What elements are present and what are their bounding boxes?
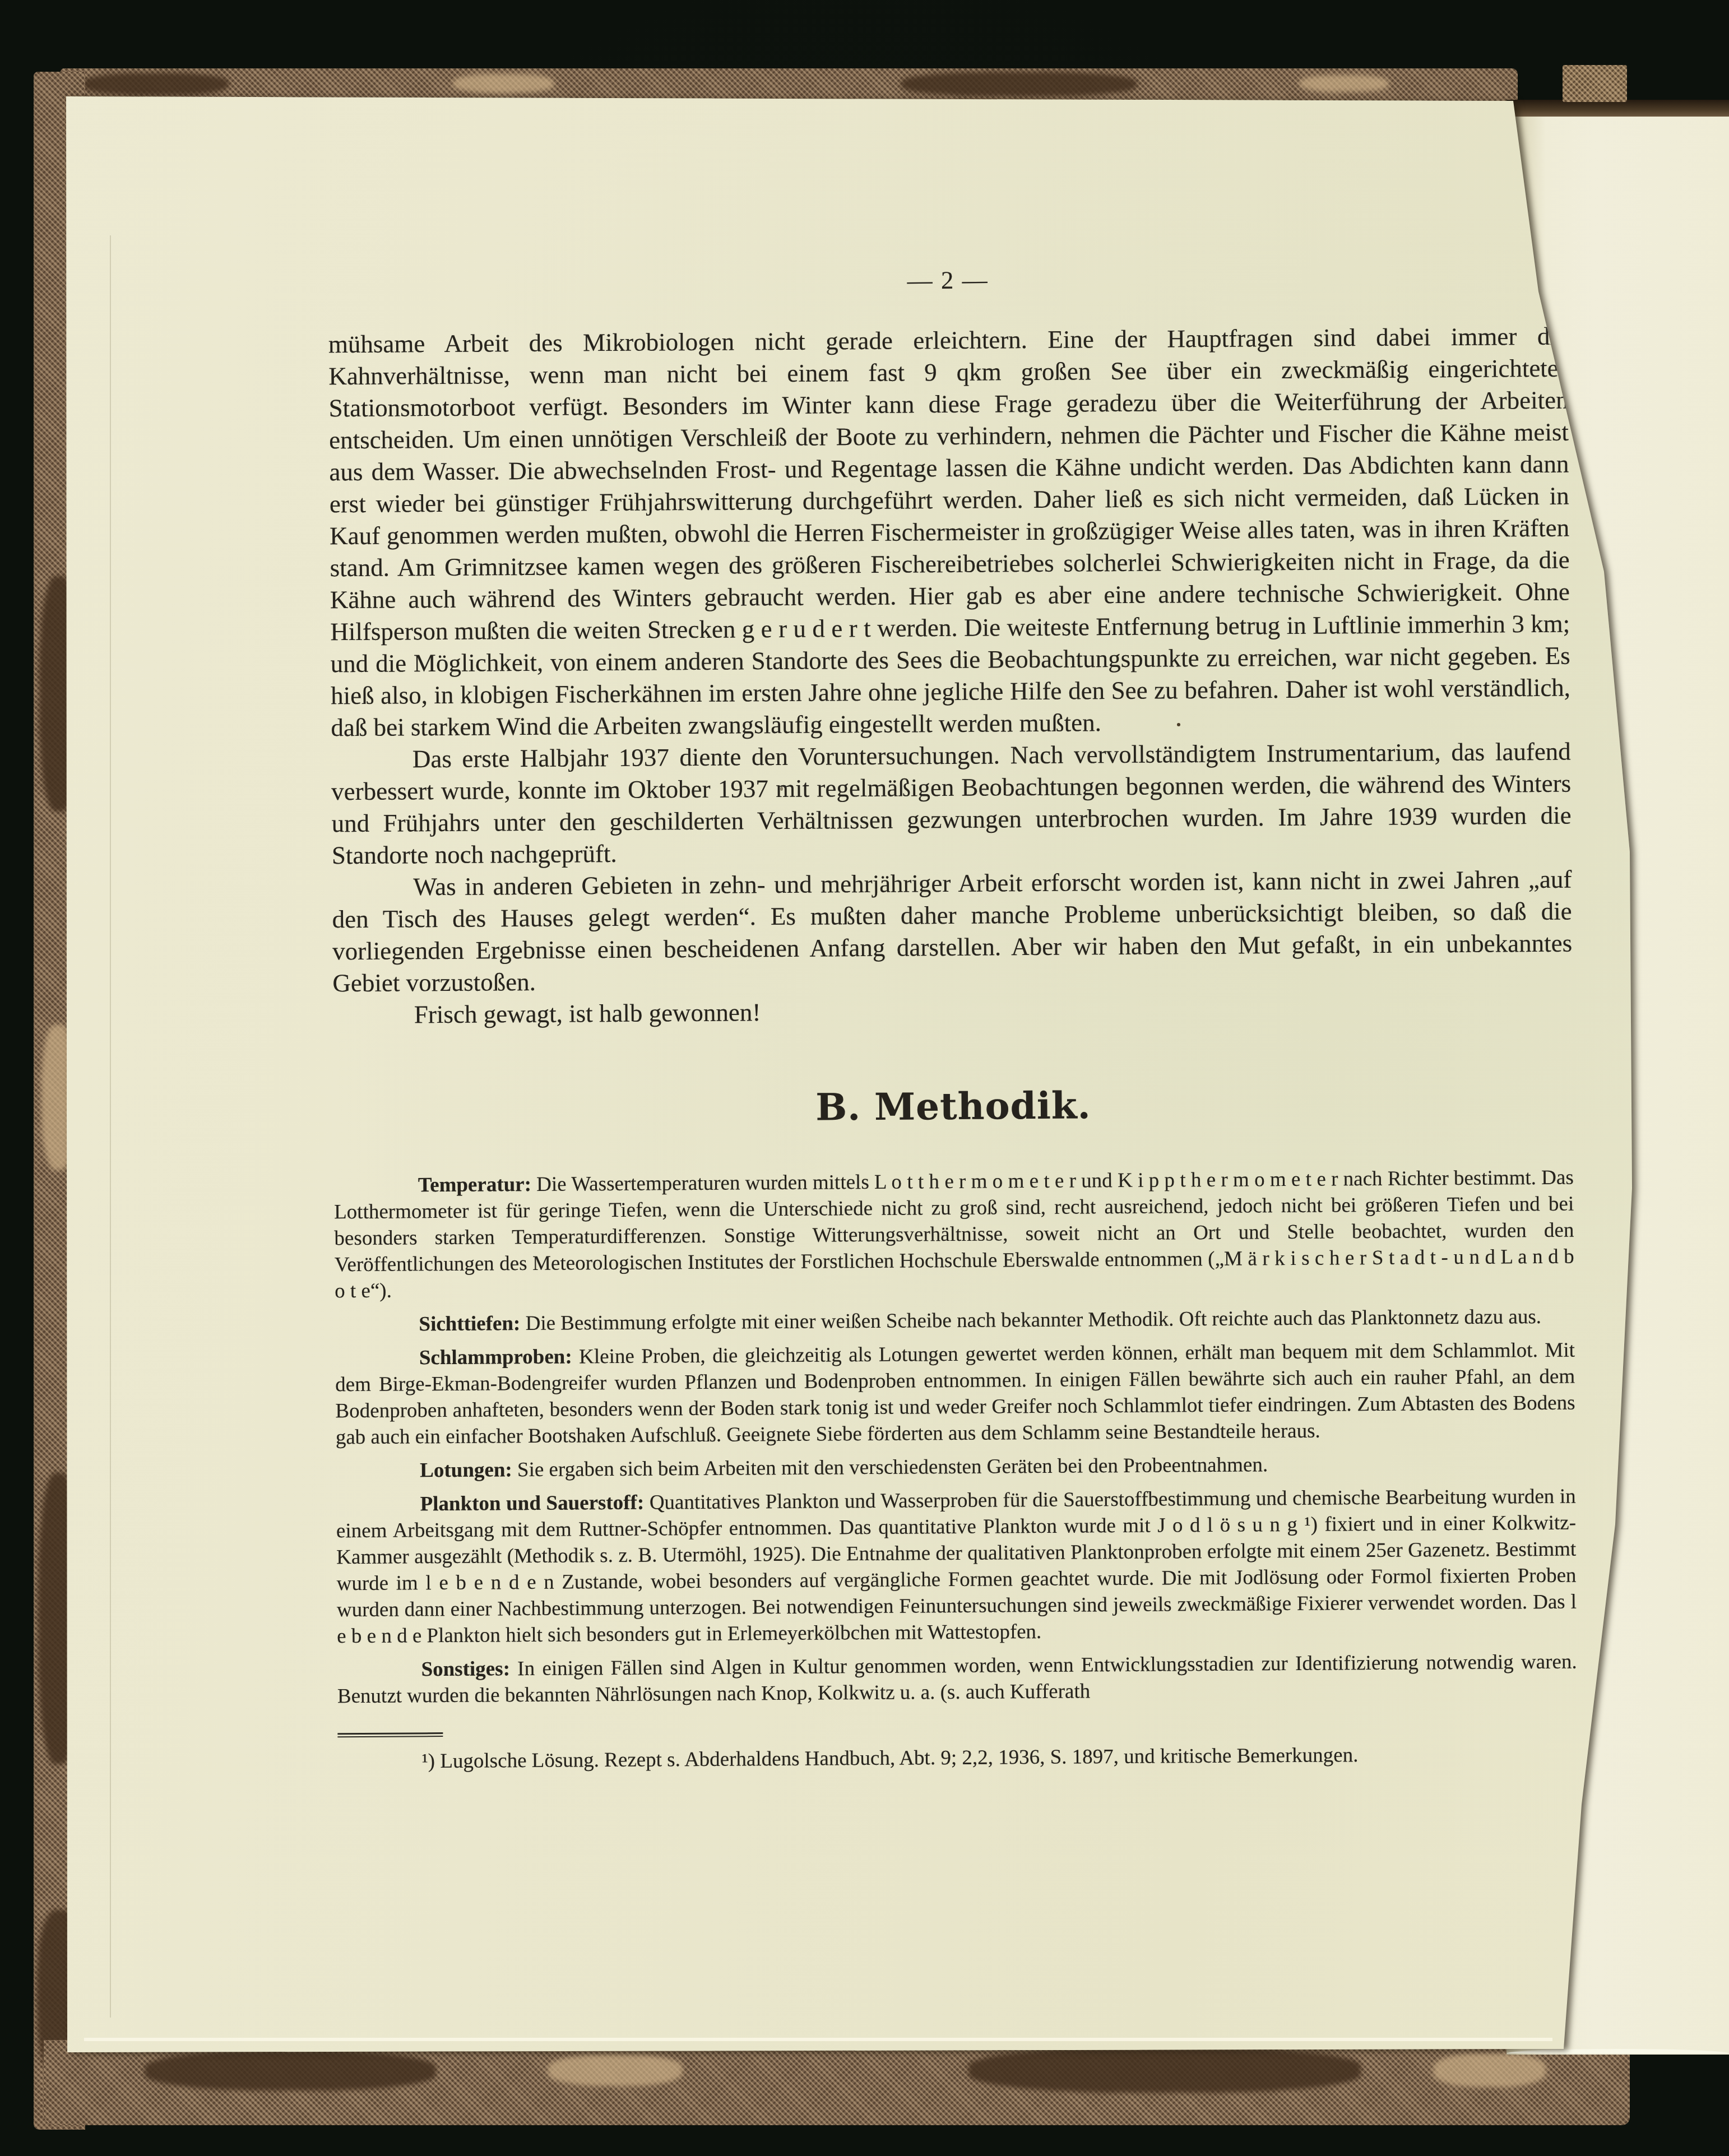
method-text: In einigen Fällen sind Algen in Kultur g…: [337, 1650, 1577, 1708]
footnote-separator-rule: [337, 1732, 443, 1737]
method-paragraph-temperatur: Temperatur: Die Wassertemperaturen wurde…: [334, 1165, 1575, 1305]
footnote-marker: ¹): [422, 1750, 435, 1773]
page-wrap: — 2 — mühsame Arbeit des Mikrobiologen n…: [0, 0, 1729, 2156]
method-paragraph-plankton-sauerstoff: Plankton und Sauerstoff: Quantitatives P…: [336, 1483, 1577, 1650]
method-label: Lotungen:: [420, 1458, 512, 1482]
endpaper-fold-line: [110, 235, 111, 2018]
page-number: — 2 —: [328, 261, 1568, 301]
scanned-book-photo: — 2 — mühsame Arbeit des Mikrobiologen n…: [0, 0, 1729, 2156]
body-paragraph-3: Was in anderen Gebieten in zehn- und meh…: [332, 864, 1572, 1000]
footnote: ¹) Lugolsche Lösung. Rezept s. Abderhald…: [338, 1741, 1578, 1775]
method-label: Temperatur:: [418, 1173, 531, 1197]
method-label: Sichttiefen:: [419, 1312, 520, 1336]
methods-block: Temperatur: Die Wassertemperaturen wurde…: [334, 1165, 1578, 1775]
method-paragraph-sichttiefen: Sichttiefen: Die Bestimmung erfolgte mit…: [335, 1304, 1574, 1338]
method-label: Sonstiges:: [421, 1657, 510, 1681]
page-text-block: — 2 — mühsame Arbeit des Mikrobiologen n…: [328, 261, 1578, 1775]
page-bottom-edge: [84, 2038, 1552, 2041]
footnote-text: Lugolsche Lösung. Rezept s. Abderhaldens…: [440, 1744, 1358, 1773]
method-label: Schlammproben:: [419, 1345, 572, 1369]
method-text: Die Bestimmung erfolgte mit einer weißen…: [525, 1305, 1541, 1335]
method-paragraph-sonstiges: Sonstiges: In einigen Fällen sind Algen …: [337, 1649, 1577, 1710]
method-text: Sie ergaben sich beim Arbeiten mit den v…: [517, 1453, 1268, 1481]
body-paragraph-2: Das erste Halbjahr 1937 diente den Vorun…: [331, 736, 1572, 872]
body-paragraph-1: mühsame Arbeit des Mikrobiologen nicht g…: [328, 321, 1571, 744]
method-paragraph-lotungen: Lotungen: Sie ergaben sich beim Arbeiten…: [336, 1450, 1575, 1485]
section-heading: B. Methodik.: [333, 1084, 1573, 1129]
method-paragraph-schlammproben: Schlammproben: Kleine Proben, die gleich…: [335, 1337, 1575, 1451]
book-page: — 2 — mühsame Arbeit des Mikrobiologen n…: [0, 0, 1729, 2156]
method-label: Plankton und Sauerstoff:: [420, 1491, 645, 1516]
